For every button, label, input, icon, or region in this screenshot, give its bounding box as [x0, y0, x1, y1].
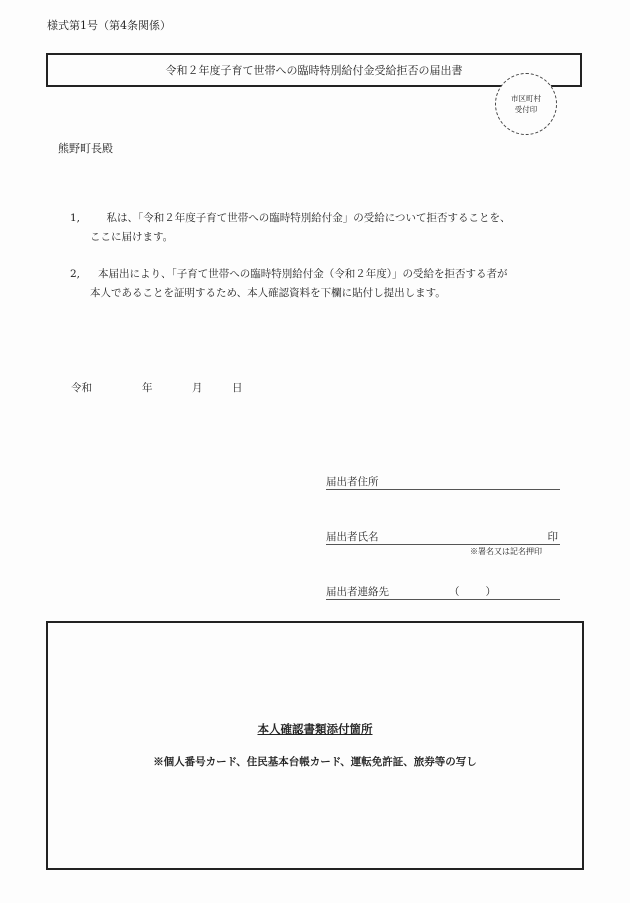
paragraph-text: 本届出により、「子育て世帯への臨時特別給付金（令和２年度）」の受給を拒否する者が: [96, 268, 508, 280]
seal-mark: 印: [548, 529, 559, 544]
date-era: 令和: [71, 380, 117, 395]
paragraph-text-continued: ここに届けます。: [70, 228, 570, 247]
document-title: 令和２年度子育て世帯への臨時特別給付金受給拒否の届出書: [166, 62, 463, 78]
date-year-input[interactable]: [117, 380, 142, 395]
date-day-input[interactable]: [212, 380, 232, 395]
address-label: 届出者住所: [326, 474, 379, 489]
stamp-line-2: 受付印: [515, 104, 538, 115]
contact-field[interactable]: 届出者連絡先 （）: [326, 583, 560, 600]
id-document-attachment-area: [46, 621, 584, 870]
date-month-label: 月: [192, 380, 212, 395]
close-paren: ）: [486, 584, 497, 599]
date-day-label: 日: [232, 380, 243, 395]
name-label: 届出者氏名: [326, 529, 379, 544]
paragraph-1: 1, 私は、「令和２年度子育て世帯への臨時特別給付金」の受給について拒否すること…: [70, 209, 570, 247]
form-number: 様式第1号（第4条関係）: [47, 17, 171, 33]
attachment-title-text: 本人確認書類添付箇所: [258, 722, 373, 736]
paragraph-text: 私は、「令和２年度子育て世帯への臨時特別給付金」の受給について拒否することを、: [96, 212, 511, 224]
paragraph-number: 2,: [70, 265, 96, 284]
paragraph-number: 1,: [70, 209, 96, 228]
open-paren: （: [449, 584, 460, 599]
contact-label: 届出者連絡先: [326, 584, 389, 599]
date-year-label: 年: [142, 380, 166, 395]
name-field[interactable]: 届出者氏名 印: [326, 528, 560, 545]
stamp-line-1: 市区町村: [511, 93, 541, 104]
addressee: 熊野町長殿: [58, 140, 113, 156]
signature-note: ※署名又は記名押印: [470, 546, 542, 557]
attachment-title: 本人確認書類添付箇所: [0, 721, 630, 737]
document-title-box: 令和２年度子育て世帯への臨時特別給付金受給拒否の届出書: [46, 53, 582, 87]
reception-stamp-circle: 市区町村 受付印: [495, 73, 557, 135]
date-line: 令和 年 月 日: [71, 380, 243, 395]
phone-area-code[interactable]: （）: [449, 584, 496, 599]
address-field[interactable]: 届出者住所: [326, 473, 560, 490]
attachment-note: ※個人番号カード、住民基本台帳カード、運転免許証、旅券等の写し: [0, 754, 630, 769]
paragraph-text-continued: 本人であることを証明するため、本人確認資料を下欄に貼付し提出します。: [70, 284, 570, 303]
paragraph-2: 2,本届出により、「子育て世帯への臨時特別給付金（令和２年度）」の受給を拒否する…: [70, 265, 570, 303]
date-month-input[interactable]: [166, 380, 192, 395]
